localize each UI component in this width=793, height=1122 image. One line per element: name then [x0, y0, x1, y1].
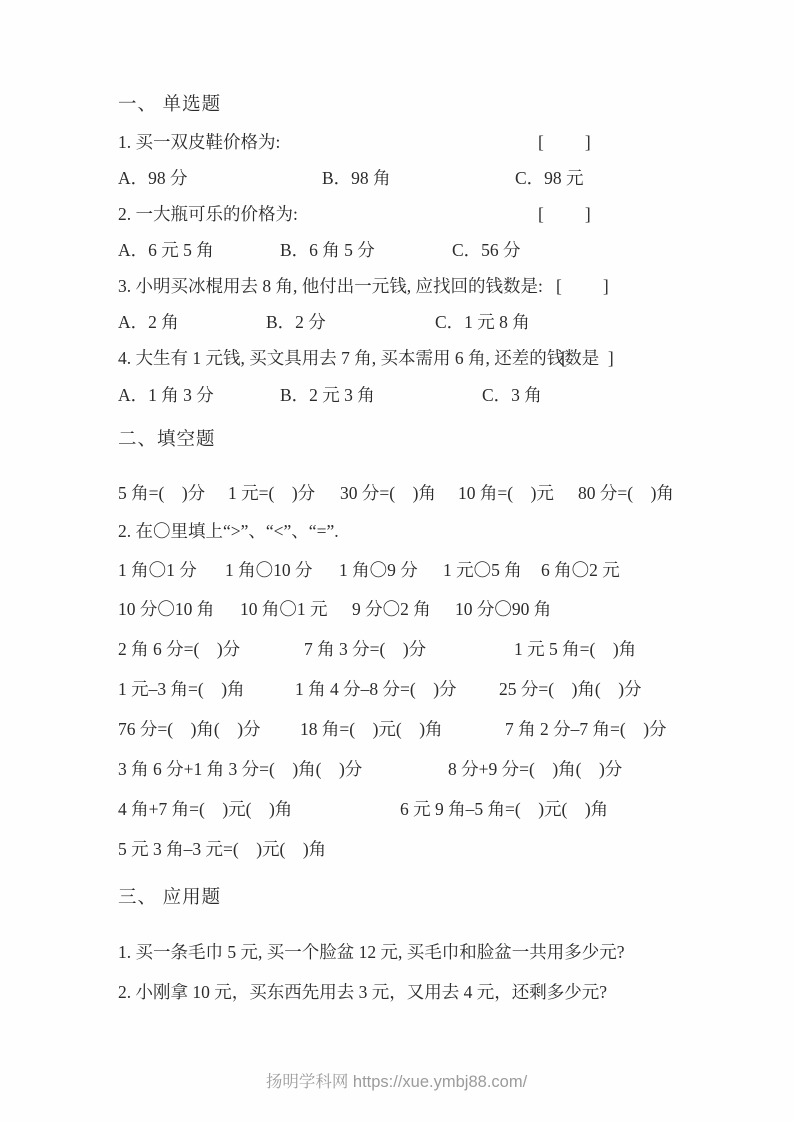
compare-item: 1 元〇5 角: [443, 558, 522, 582]
question-3: 3. 小明买冰棍用去 8 角, 他付出一元钱, 应找回的钱数是: [ ]: [118, 274, 758, 300]
question-2-options: A．6 元 5 角 B．6 角 5 分 C．56 分: [118, 238, 758, 264]
question-4-text: 4. 大生有 1 元钱, 买文具用去 7 角, 买本需用 6 角, 还差的钱数是: [118, 346, 599, 370]
question-2-option-a: A．6 元 5 角: [118, 238, 214, 262]
question-2-text: 2. 一大瓶可乐的价格为:: [118, 202, 298, 226]
conversion-row: 5 角=( )分 1 元=( )分 30 分=( )角 10 角=( )元 80…: [118, 481, 758, 507]
calc-item: 25 分=( )角( )分: [499, 677, 642, 701]
worksheet-page: 一、 单选题 1. 买一双皮鞋价格为: [ ] A．98 分 B．98 角 C．…: [0, 0, 793, 1122]
application-question-1: 1. 买一条毛巾 5 元, 买一个脸盆 12 元, 买毛巾和脸盆一共用多少元?: [118, 940, 758, 966]
site-watermark: 扬明学科网 https://xue.ymbj88.com/: [0, 1068, 793, 1092]
calc-item: 7 角 2 分–7 角=( )分: [505, 717, 667, 741]
question-1-option-c: C．98 元: [515, 166, 584, 190]
section2-title-text: 二、填空题: [118, 428, 216, 452]
compare-item: 10 分〇10 角: [118, 597, 214, 621]
calc-item: 1 角 4 分–8 分=( )分: [295, 677, 457, 701]
question-3-options: A．2 角 B．2 分 C．1 元 8 角: [118, 310, 758, 336]
compare-item: 1 角〇9 分: [339, 558, 418, 582]
calc-row-1: 2 角 6 分=( )分 7 角 3 分=( )分 1 元 5 角=( )角: [118, 637, 758, 663]
compare-instruction-text: 2. 在〇里填上“>”、“<”、“=”.: [118, 519, 339, 543]
compare-item: 1 角〇10 分: [225, 558, 313, 582]
question-1: 1. 买一双皮鞋价格为: [ ]: [118, 130, 758, 156]
question-3-text: 3. 小明买冰棍用去 8 角, 他付出一元钱, 应找回的钱数是:: [118, 274, 543, 298]
section3-title: 三、 应用题: [118, 886, 758, 912]
section1-title-text: 一、 单选题: [118, 93, 221, 117]
calc-row-4: 3 角 6 分+1 角 3 分=( )角( )分 8 分+9 分=( )角( )…: [118, 757, 758, 783]
calc-item: 2 角 6 分=( )分: [118, 637, 240, 661]
section1-title: 一、 单选题: [118, 93, 758, 119]
conversion-item: 80 分=( )角: [578, 481, 674, 505]
question-1-option-b: B．98 角: [322, 166, 391, 190]
compare-instruction: 2. 在〇里填上“>”、“<”、“=”.: [118, 519, 758, 545]
calc-row-6: 5 元 3 角–3 元=( )元( )角: [118, 837, 758, 863]
conversion-item: 5 角=( )分: [118, 481, 205, 505]
question-4-option-b: B．2 元 3 角: [280, 383, 375, 407]
question-2-answer-bracket: [ ]: [538, 202, 593, 226]
calc-item: 5 元 3 角–3 元=( )元( )角: [118, 837, 326, 861]
compare-item: 6 角〇2 元: [541, 558, 620, 582]
question-2-option-c: C．56 分: [452, 238, 521, 262]
compare-item: 10 分〇90 角: [455, 597, 551, 621]
compare-item: 1 角〇1 分: [118, 558, 197, 582]
compare-item: 10 角〇1 元: [240, 597, 328, 621]
conversion-item: 1 元=( )分: [228, 481, 315, 505]
calc-item: 1 元–3 角=( )角: [118, 677, 245, 701]
question-2: 2. 一大瓶可乐的价格为: [ ]: [118, 202, 758, 228]
application-question-2: 2. 小刚拿 10 元，买东西先用去 3 元，又用去 4 元，还剩多少元?: [118, 980, 758, 1006]
question-1-option-a: A．98 分: [118, 166, 188, 190]
section2-title: 二、填空题: [118, 428, 758, 454]
calc-item: 7 角 3 分=( )分: [304, 637, 426, 661]
calc-row-3: 76 分=( )角( )分 18 角=( )元( )角 7 角 2 分–7 角=…: [118, 717, 758, 743]
calc-item: 6 元 9 角–5 角=( )元( )角: [400, 797, 608, 821]
calc-item: 1 元 5 角=( )角: [514, 637, 636, 661]
calc-row-2: 1 元–3 角=( )角 1 角 4 分–8 分=( )分 25 分=( )角(…: [118, 677, 758, 703]
calc-item: 4 角+7 角=( )元( )角: [118, 797, 292, 821]
conversion-item: 10 角=( )元: [458, 481, 554, 505]
calc-item: 8 分+9 分=( )角( )分: [448, 757, 622, 781]
question-3-option-a: A．2 角: [118, 310, 179, 334]
compare-row-1: 1 角〇1 分 1 角〇10 分 1 角〇9 分 1 元〇5 角 6 角〇2 元: [118, 558, 758, 584]
compare-row-2: 10 分〇10 角 10 角〇1 元 9 分〇2 角 10 分〇90 角: [118, 597, 758, 623]
question-4-answer-bracket: [ ]: [561, 346, 616, 370]
question-4-option-a: A．1 角 3 分: [118, 383, 214, 407]
section3-title-text: 三、 应用题: [118, 886, 221, 910]
application-question-1-text: 1. 买一条毛巾 5 元, 买一个脸盆 12 元, 买毛巾和脸盆一共用多少元?: [118, 940, 625, 964]
question-4-options: A．1 角 3 分 B．2 元 3 角 C．3 角: [118, 383, 758, 409]
question-4: 4. 大生有 1 元钱, 买文具用去 7 角, 买本需用 6 角, 还差的钱数是…: [118, 346, 758, 372]
calc-item: 76 分=( )角( )分: [118, 717, 261, 741]
question-2-option-b: B．6 角 5 分: [280, 238, 375, 262]
question-1-answer-bracket: [ ]: [538, 130, 593, 154]
calc-item: 18 角=( )元( )角: [300, 717, 443, 741]
question-3-answer-bracket: [ ]: [556, 274, 611, 298]
site-watermark-text: 扬明学科网 https://xue.ymbj88.com/: [266, 1073, 527, 1091]
application-question-2-text: 2. 小刚拿 10 元，买东西先用去 3 元，又用去 4 元，还剩多少元?: [118, 980, 607, 1004]
question-3-option-b: B．2 分: [266, 310, 326, 334]
calc-item: 3 角 6 分+1 角 3 分=( )角( )分: [118, 757, 362, 781]
question-4-option-c: C．3 角: [482, 383, 542, 407]
question-1-text: 1. 买一双皮鞋价格为:: [118, 130, 280, 154]
question-3-option-c: C．1 元 8 角: [435, 310, 530, 334]
conversion-item: 30 分=( )角: [340, 481, 436, 505]
question-1-options: A．98 分 B．98 角 C．98 元: [118, 166, 758, 192]
calc-row-5: 4 角+7 角=( )元( )角 6 元 9 角–5 角=( )元( )角: [118, 797, 758, 823]
compare-item: 9 分〇2 角: [352, 597, 431, 621]
